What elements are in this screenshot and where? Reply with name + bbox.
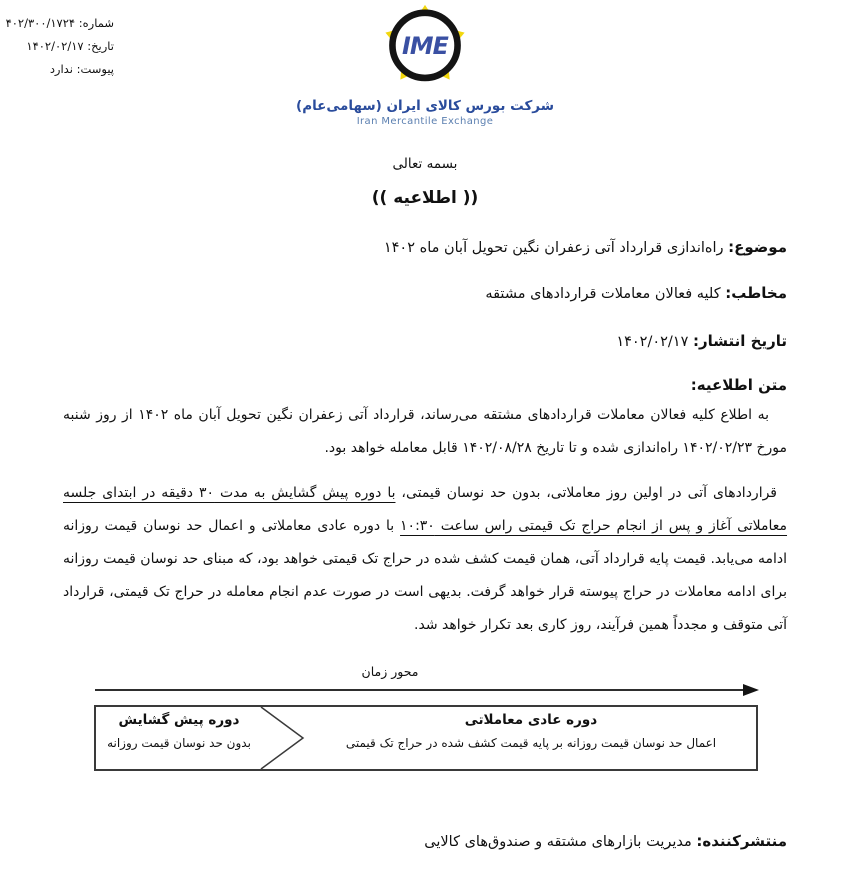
company-name-en: Iran Mercantile Exchange xyxy=(0,116,850,127)
publisher-label: منتشرکننده: xyxy=(696,832,787,850)
normal-period-subtitle: اعمال حد نوسان قیمت روزانه بر پایه قیمت … xyxy=(305,736,757,750)
audience-row: مخاطب: کلیه فعالان معاملات قراردادهای مش… xyxy=(63,284,787,302)
ime-logo-block: IME شرکت بورس کالای ایران (سهامی‌عام) Ir… xyxy=(0,4,850,127)
company-name-fa: شرکت بورس کالای ایران (سهامی‌عام) xyxy=(0,98,850,114)
letterhead: شماره: ۴۰۲/۳۰۰/۱۷۲۴ تاریخ: ۱۴۰۲/۰۲/۱۷ پی… xyxy=(0,0,850,132)
subject-label: موضوع: xyxy=(728,238,787,256)
timeline-diagram: محور زمان دوره پیش گشایش بدون حد نوسان ق… xyxy=(63,664,787,792)
paragraph-2-normal-end: با دوره عادی معاملاتی و اعمال حد نوسان ق… xyxy=(63,518,787,633)
document-body: بسمه تعالی (( اطلاعیه )) موضوع: راه‌اندا… xyxy=(63,156,787,850)
time-axis-label: محور زمان xyxy=(28,664,752,679)
preopen-period-block: دوره پیش گشایش بدون حد نوسان قیمت روزانه xyxy=(95,712,263,750)
announcement-paragraph-2: قراردادهای آتی در اولین روز معاملاتی، بد… xyxy=(63,477,787,642)
publish-date-label: تاریخ انتشار: xyxy=(693,332,787,350)
invocation-text: بسمه تعالی xyxy=(63,156,787,172)
preopen-period-subtitle: بدون حد نوسان قیمت روزانه xyxy=(95,736,263,750)
publish-date-row: تاریخ انتشار: ۱۴۰۲/۰۲/۱۷ xyxy=(63,332,787,350)
body-heading: متن اطلاعیه: xyxy=(63,376,787,394)
audience-value: کلیه فعالان معاملات قراردادهای مشتقه xyxy=(485,286,720,302)
logo-monogram: IME xyxy=(402,32,449,60)
paragraph-2-normal-start: قراردادهای آتی در اولین روز معاملاتی، بد… xyxy=(395,485,777,501)
publisher-value: مدیریت بازارهای مشتقه و صندوق‌های کالایی xyxy=(424,834,692,850)
announcement-paragraph-1: به اطلاع کلیه فعالان معاملات قراردادهای … xyxy=(63,399,787,465)
page-title: (( اطلاعیه )) xyxy=(63,188,787,208)
publish-date-value: ۱۴۰۲/۰۲/۱۷ xyxy=(616,334,688,350)
normal-period-block: دوره عادی معاملاتی اعمال حد نوسان قیمت ر… xyxy=(305,712,757,750)
ime-logo-icon: IME xyxy=(381,4,469,92)
publisher-row: منتشرکننده: مدیریت بازارهای مشتقه و صندو… xyxy=(63,832,787,850)
normal-period-title: دوره عادی معاملاتی xyxy=(305,712,757,728)
subject-row: موضوع: راه‌اندازی قرارداد آتی زعفران نگی… xyxy=(63,238,787,256)
audience-label: مخاطب: xyxy=(725,284,787,302)
subject-value: راه‌اندازی قرارداد آتی زعفران نگین تحویل… xyxy=(384,240,724,256)
time-axis-arrowhead-icon xyxy=(743,684,759,696)
preopen-period-title: دوره پیش گشایش xyxy=(95,712,263,728)
